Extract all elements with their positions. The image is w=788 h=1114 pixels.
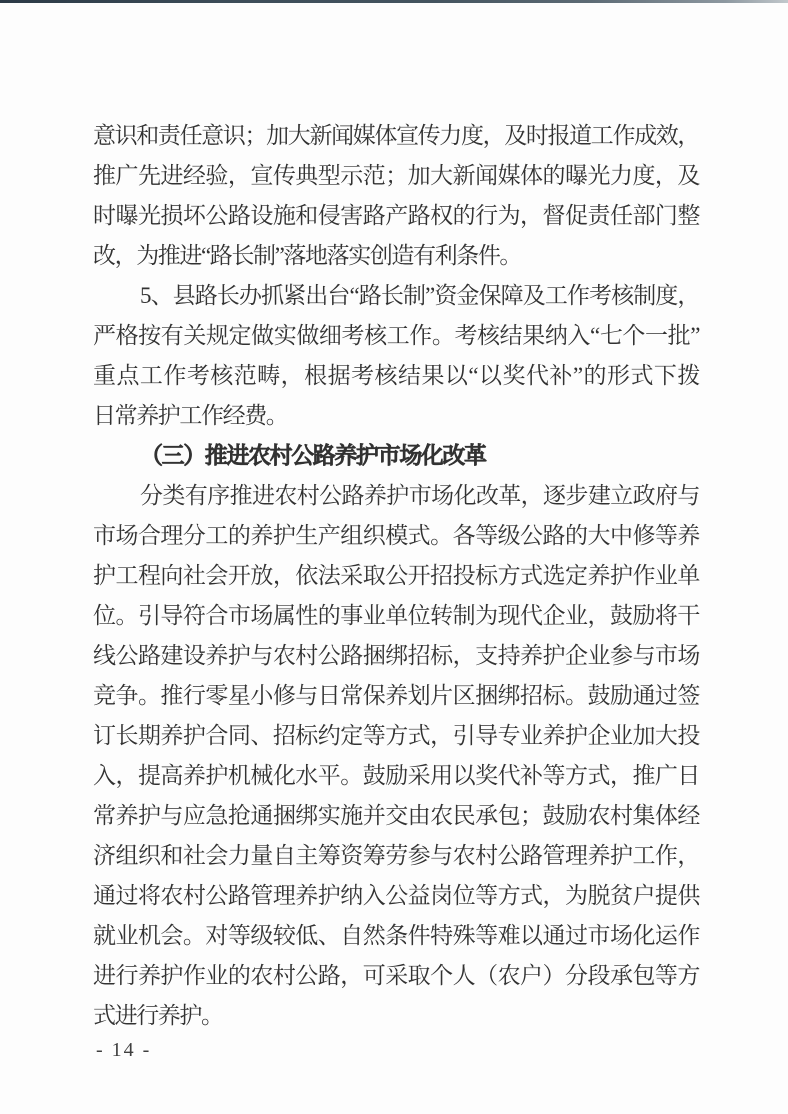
scan-top-edge-line (0, 0, 788, 3)
text-line: 常养护与应急抢通捆绑实施并交由农民承包；鼓励农村集体经 (93, 796, 699, 836)
text-line: 式进行养护。 (93, 996, 699, 1036)
text-line: 济组织和社会力量自主筹资筹劳参与农村公路管理养护工作， (93, 836, 699, 876)
text-line: 重点工作考核范畴，根据考核结果以“以奖代补”的形式下拨 (93, 356, 699, 396)
text-line: 入，提高养护机械化水平。鼓励采用以奖代补等方式，推广日 (93, 756, 699, 796)
text-line: 推广先进经验，宣传典型示范；加大新闻媒体的曝光力度，及 (93, 156, 699, 196)
text-line: 5、县路长办抓紧出台“路长制”资金保障及工作考核制度， (93, 276, 699, 316)
text-line: 严格按有关规定做实做细考核工作。考核结果纳入“七个一批” (93, 316, 699, 356)
text-line: 改，为推进“路长制”落地落实创造有利条件。 (93, 236, 699, 276)
page-number: - 14 - (96, 1038, 151, 1062)
text-line: 位。引导符合市场属性的事业单位转制为现代企业，鼓励将干 (93, 596, 699, 636)
text-line: 进行养护作业的农村公路，可采取个人（农户）分段承包等方 (93, 956, 699, 996)
text-line: 护工程向社会开放，依法采取公开招投标方式选定养护作业单 (93, 556, 699, 596)
text-line: 市场合理分工的养护生产组织模式。各等级公路的大中修等养 (93, 516, 699, 556)
document-body: 意识和责任意识；加大新闻媒体宣传力度，及时报道工作成效，推广先进经验，宣传典型示… (93, 116, 699, 1036)
text-line: 订长期养护合同、招标约定等方式，引导专业养护企业加大投 (93, 716, 699, 756)
text-line: 日常养护工作经费。 (93, 396, 699, 436)
text-line: 就业机会。对等级较低、自然条件特殊等难以通过市场化运作 (93, 916, 699, 956)
text-line: 时曝光损坏公路设施和侵害路产路权的行为，督促责任部门整 (93, 196, 699, 236)
section-heading-line: （三）推进农村公路养护市场化改革 (93, 436, 699, 476)
text-line: 意识和责任意识；加大新闻媒体宣传力度，及时报道工作成效， (93, 116, 699, 156)
text-line: 线公路建设养护与农村公路捆绑招标，支持养护企业参与市场 (93, 636, 699, 676)
text-line: 通过将农村公路管理养护纳入公益岗位等方式，为脱贫户提供 (93, 876, 699, 916)
document-page: 意识和责任意识；加大新闻媒体宣传力度，及时报道工作成效，推广先进经验，宣传典型示… (0, 0, 788, 1114)
text-line: 竞争。推行零星小修与日常保养划片区捆绑招标。鼓励通过签 (93, 676, 699, 716)
text-line: 分类有序推进农村公路养护市场化改革，逐步建立政府与 (93, 476, 699, 516)
